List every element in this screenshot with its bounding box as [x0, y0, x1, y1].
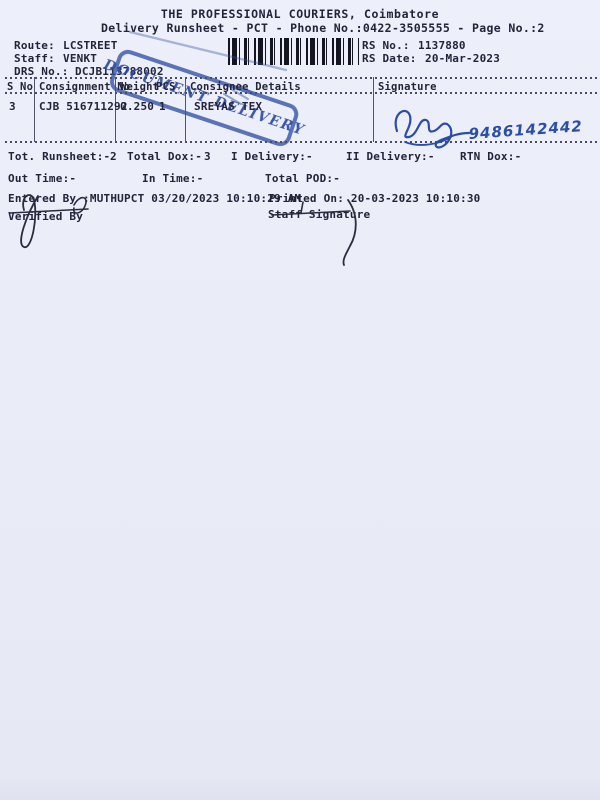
staff-signature-scribble — [260, 196, 375, 270]
route-label: Route: — [14, 39, 55, 52]
in-time-label: In Time:- — [142, 172, 203, 185]
table-top-rule — [5, 77, 597, 79]
col-header-signature: Signature — [378, 81, 437, 93]
company-title: THE PROFESSIONAL COURIERS, Coimbatore — [0, 7, 600, 21]
row-pcs: 1 — [159, 100, 166, 113]
column-divider — [34, 77, 35, 142]
verified-by-signature-scribble — [8, 186, 118, 258]
row-weight: 0.250 — [120, 100, 154, 113]
handwritten-phone-number: 9486142442 — [468, 117, 583, 143]
tot-runsheet-label: Tot. Runsheet:- — [8, 150, 110, 163]
col-header-pcs: PCS — [156, 81, 176, 93]
col-header-consignee: Consignee Details — [190, 81, 301, 93]
staff-value: VENKT — [63, 52, 97, 65]
ii-delivery-label: II Delivery:- — [346, 150, 435, 163]
row-consignee: SREYAS TEX — [194, 100, 262, 113]
recipient-signature-scribble: 9486142442 — [385, 103, 560, 151]
delivery-runsheet-document: THE PROFESSIONAL COURIERS, Coimbatore De… — [0, 0, 600, 800]
rs-date-label: RS Date: — [362, 52, 417, 65]
col-header-consignment: Consignment No — [39, 81, 130, 93]
total-dox-value: 3 — [204, 150, 211, 163]
col-header-weight: Weight — [120, 81, 159, 93]
column-divider — [185, 77, 186, 142]
tot-runsheet-value: 2 — [110, 150, 117, 163]
total-dox-label: Total Dox:- — [127, 150, 202, 163]
total-pod-label: Total POD:- — [265, 172, 340, 185]
out-time-label: Out Time:- — [8, 172, 76, 185]
col-header-sno: S No — [7, 81, 33, 93]
column-divider — [373, 77, 374, 142]
rs-no-value: 1137880 — [418, 39, 466, 52]
rtn-dox-label: RTN Dox:- — [460, 150, 521, 163]
rs-date-value: 20-Mar-2023 — [425, 52, 500, 65]
row-sno: 3 — [9, 100, 16, 113]
staff-label: Staff: — [14, 52, 55, 65]
row-consignment-no: CJB 516711292 — [39, 100, 128, 113]
i-delivery-label: I Delivery:- — [231, 150, 313, 163]
rs-no-label: RS No.: — [362, 39, 410, 52]
